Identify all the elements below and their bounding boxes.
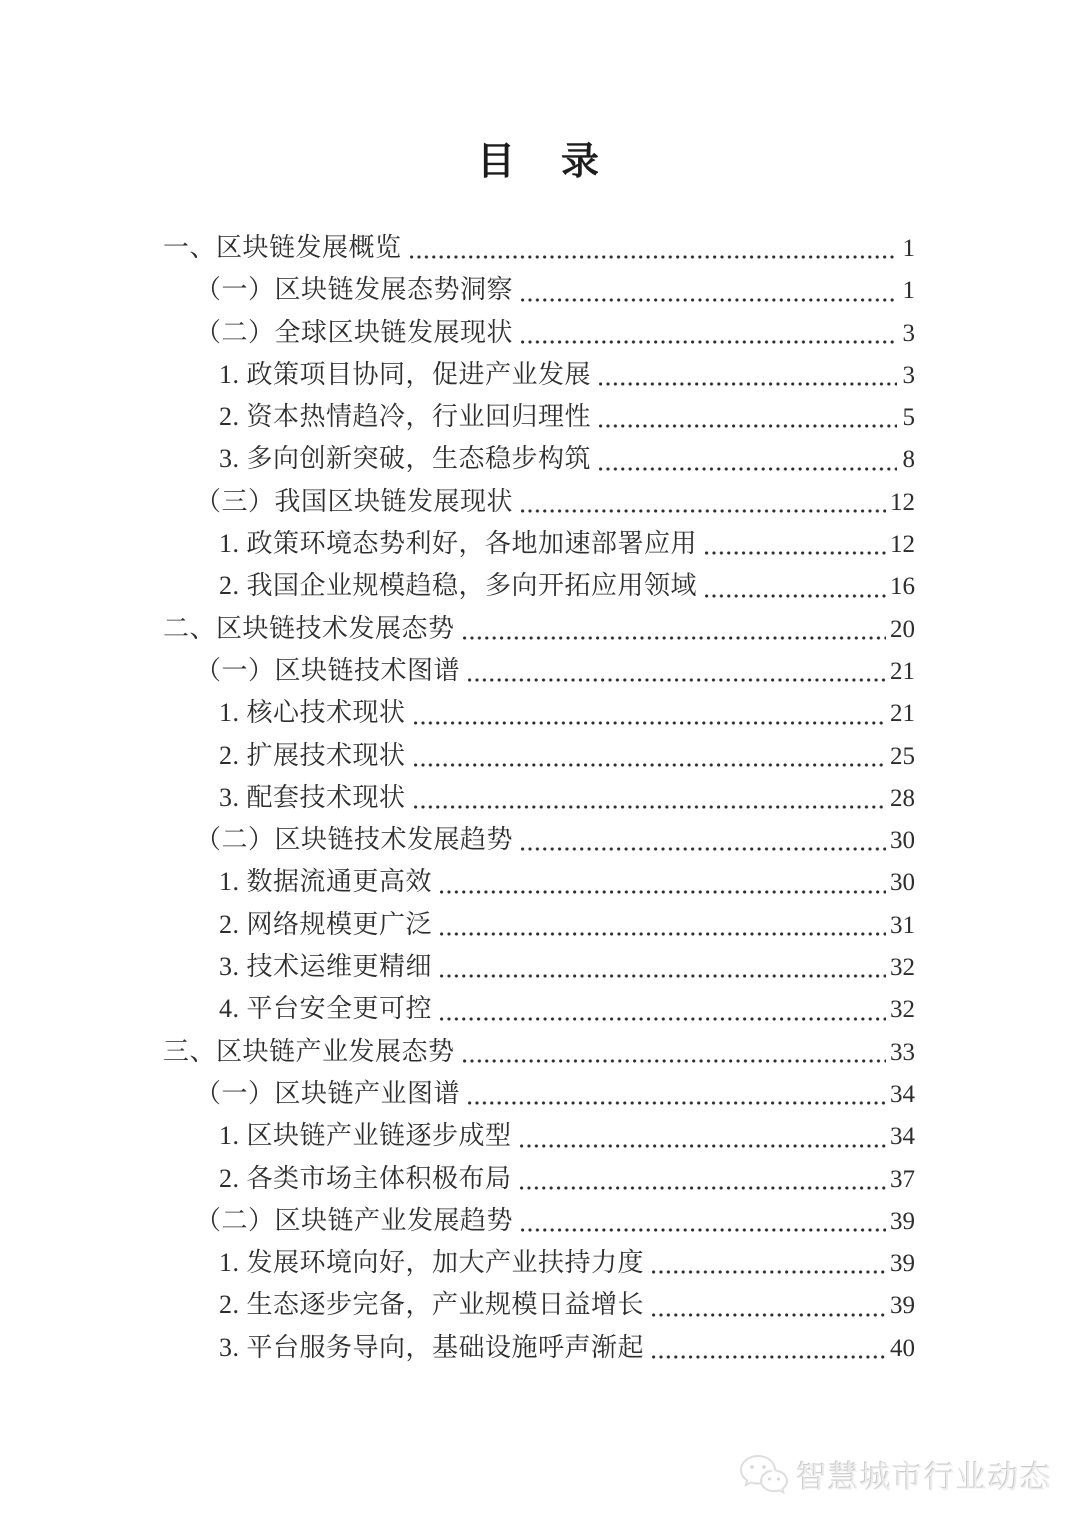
toc-entry-label: （二）区块链产业发展趋势	[163, 1200, 513, 1242]
toc-entry-label: （一）区块链产业图谱	[163, 1073, 460, 1115]
dot-leader	[440, 1017, 886, 1021]
dot-leader	[463, 1059, 886, 1063]
toc-entry-label: 1. 发展环境向好，加大产业扶持力度	[163, 1242, 644, 1284]
toc-entry-page: 3	[901, 355, 915, 397]
table-of-contents: 一、区块链发展概览1 （一）区块链发展态势洞察1 （二）全球区块链发展现状3 1…	[163, 227, 915, 1369]
toc-entry-page: 12	[890, 524, 915, 566]
dot-leader	[520, 1186, 886, 1190]
toc-entry-label: 2. 资本热情趋冷，行业回归理性	[163, 396, 591, 438]
toc-entry-page: 3	[901, 313, 915, 355]
toc-entry-label: 3. 平台服务导向，基础设施呼声渐起	[163, 1327, 644, 1369]
toc-entry-page: 21	[890, 693, 915, 735]
toc-entry: 1. 区块链产业链逐步成型34	[163, 1115, 915, 1157]
toc-entry: 3. 配套技术现状28	[163, 777, 915, 819]
dot-leader	[652, 1313, 886, 1317]
toc-entry-label: 3. 配套技术现状	[163, 777, 406, 819]
dot-leader	[414, 721, 886, 725]
toc-entry: 1. 政策环境态势利好，各地加速部署应用12	[163, 523, 915, 565]
toc-entry-page: 21	[890, 651, 915, 693]
dot-leader	[410, 255, 897, 259]
toc-entry: 1. 发展环境向好，加大产业扶持力度39	[163, 1242, 915, 1284]
document-page: 目 录 一、区块链发展概览1 （一）区块链发展态势洞察1 （二）全球区块链发展现…	[0, 0, 1080, 1527]
toc-entry-label: 1. 区块链产业链逐步成型	[163, 1115, 512, 1157]
dot-leader	[705, 551, 886, 555]
dot-leader	[414, 805, 886, 809]
toc-entry: 3. 平台服务导向，基础设施呼声渐起40	[163, 1327, 915, 1369]
toc-entry-label: （二）区块链技术发展趋势	[163, 819, 513, 861]
toc-entry: （二）区块链产业发展趋势39	[163, 1200, 915, 1242]
toc-entry: 三、区块链产业发展态势33	[163, 1031, 915, 1073]
toc-entry-page: 31	[890, 905, 915, 947]
toc-entry-page: 8	[901, 439, 915, 481]
toc-entry: 1. 数据流通更高效30	[163, 861, 915, 903]
toc-entry: 1. 政策项目协同，促进产业发展3	[163, 354, 915, 396]
toc-entry-label: 2. 各类市场主体积极布局	[163, 1158, 512, 1200]
toc-entry: （三）我国区块链发展现状12	[163, 481, 915, 523]
toc-entry-page: 39	[890, 1243, 915, 1285]
dot-leader	[599, 467, 897, 471]
toc-entry-page: 20	[890, 609, 915, 651]
toc-entry-label: （一）区块链发展态势洞察	[163, 269, 513, 311]
toc-entry-page: 37	[890, 1159, 915, 1201]
toc-entry-label: 2. 网络规模更广泛	[163, 904, 432, 946]
toc-entry: （一）区块链发展态势洞察1	[163, 269, 915, 311]
toc-entry-page: 5	[901, 397, 915, 439]
toc-entry: 2. 生态逐步完备，产业规模日益增长39	[163, 1284, 915, 1326]
dot-leader	[521, 340, 897, 344]
dot-leader	[521, 298, 897, 302]
toc-entry: 二、区块链技术发展态势20	[163, 608, 915, 650]
dot-leader	[440, 974, 886, 978]
dot-leader	[521, 847, 886, 851]
toc-entry-page: 30	[890, 862, 915, 904]
toc-entry-label: 3. 技术运维更精细	[163, 946, 432, 988]
dot-leader	[521, 1228, 886, 1232]
dot-leader	[705, 594, 886, 598]
toc-entry-label: 1. 数据流通更高效	[163, 861, 432, 903]
toc-entry-label: （一）区块链技术图谱	[163, 650, 460, 692]
dot-leader	[599, 424, 897, 428]
toc-entry-page: 39	[890, 1285, 915, 1327]
dot-leader	[468, 1101, 886, 1105]
toc-entry-page: 28	[890, 778, 915, 820]
dot-leader	[652, 1270, 886, 1274]
toc-entry-label: 2. 我国企业规模趋稳，多向开拓应用领域	[163, 565, 697, 607]
toc-entry: 2. 扩展技术现状25	[163, 735, 915, 777]
dot-leader	[520, 1144, 886, 1148]
toc-entry-page: 25	[890, 736, 915, 778]
toc-entry: （二）全球区块链发展现状3	[163, 312, 915, 354]
toc-entry-label: 1. 政策环境态势利好，各地加速部署应用	[163, 523, 697, 565]
page-title: 目 录	[0, 130, 1080, 185]
toc-entry: 1. 核心技术现状21	[163, 692, 915, 734]
wechat-icon	[739, 1454, 789, 1496]
dot-leader	[440, 890, 886, 894]
dot-leader	[463, 636, 886, 640]
toc-entry-label: 二、区块链技术发展态势	[163, 608, 455, 650]
toc-entry-page: 12	[890, 482, 915, 524]
toc-entry: 2. 网络规模更广泛31	[163, 904, 915, 946]
toc-entry: 2. 我国企业规模趋稳，多向开拓应用领域16	[163, 565, 915, 607]
toc-entry-label: 4. 平台安全更可控	[163, 988, 432, 1030]
toc-entry-page: 34	[890, 1116, 915, 1158]
toc-entry-label: （二）全球区块链发展现状	[163, 312, 513, 354]
toc-entry-label: （三）我国区块链发展现状	[163, 481, 513, 523]
toc-entry-page: 40	[890, 1328, 915, 1370]
toc-entry-label: 1. 政策项目协同，促进产业发展	[163, 354, 591, 396]
toc-entry-label: 2. 扩展技术现状	[163, 735, 406, 777]
toc-entry: 4. 平台安全更可控32	[163, 988, 915, 1030]
dot-leader	[652, 1355, 886, 1359]
toc-entry: 3. 多向创新突破，生态稳步构筑8	[163, 438, 915, 480]
dot-leader	[468, 678, 886, 682]
toc-entry-page: 1	[901, 228, 915, 270]
toc-entry: （二）区块链技术发展趋势30	[163, 819, 915, 861]
toc-entry: 3. 技术运维更精细32	[163, 946, 915, 988]
dot-leader	[414, 763, 886, 767]
dot-leader	[599, 382, 897, 386]
toc-entry-page: 1	[901, 270, 915, 312]
toc-entry-label: 一、区块链发展概览	[163, 227, 402, 269]
toc-entry-label: 1. 核心技术现状	[163, 692, 406, 734]
toc-entry-page: 33	[890, 1032, 915, 1074]
toc-entry-page: 16	[890, 566, 915, 608]
toc-entry-page: 30	[890, 820, 915, 862]
toc-entry: 一、区块链发展概览1	[163, 227, 915, 269]
toc-entry-page: 34	[890, 1074, 915, 1116]
toc-entry-page: 39	[890, 1201, 915, 1243]
toc-entry-label: 2. 生态逐步完备，产业规模日益增长	[163, 1284, 644, 1326]
toc-entry: （一）区块链产业图谱34	[163, 1073, 915, 1115]
toc-entry-label: 3. 多向创新突破，生态稳步构筑	[163, 438, 591, 480]
toc-entry: （一）区块链技术图谱21	[163, 650, 915, 692]
watermark-text: 智慧城市行业动态	[796, 1452, 1052, 1497]
toc-entry-page: 32	[890, 989, 915, 1031]
toc-entry: 2. 各类市场主体积极布局37	[163, 1158, 915, 1200]
dot-leader	[521, 509, 886, 513]
dot-leader	[440, 932, 886, 936]
watermark: 智慧城市行业动态	[739, 1452, 1052, 1497]
toc-entry-page: 32	[890, 947, 915, 989]
toc-entry: 2. 资本热情趋冷，行业回归理性5	[163, 396, 915, 438]
toc-entry-label: 三、区块链产业发展态势	[163, 1031, 455, 1073]
